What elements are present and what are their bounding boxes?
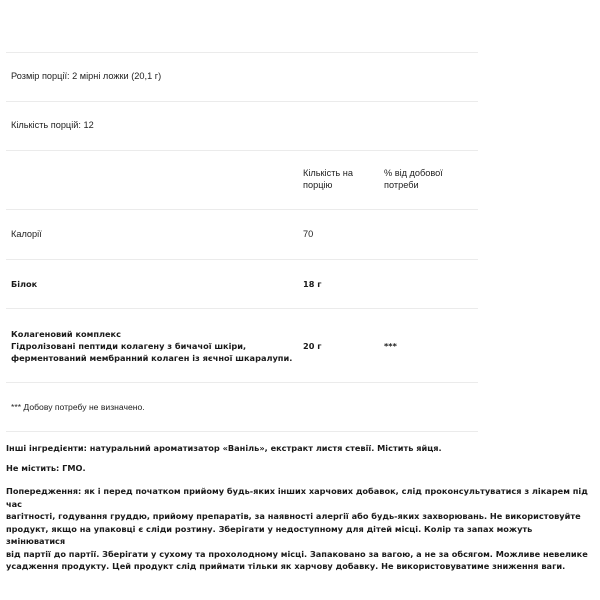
header-amount-per-serving: Кількість на порцію (303, 167, 353, 191)
gmo-statement: Не містить: ГМО. (6, 462, 596, 475)
nutrient-name: Білок (11, 278, 37, 290)
footnote: *** Добову потребу не визначено. (11, 401, 145, 413)
serving-size-row: Розмір порції: 2 мірні ложки (20,1 г) (6, 52, 478, 101)
nutrient-name: Колагеновий комплекс Гідролізовані пепти… (11, 328, 292, 364)
footnote-row: *** Добову потребу не визначено. (6, 382, 478, 432)
table-row: Колагеновий комплекс Гідролізовані пепти… (6, 308, 478, 382)
nutrient-amount: 70 (303, 228, 313, 240)
collagen-desc-line-2: ферментований мембранний колаген із яєчн… (11, 352, 292, 364)
nutrient-name: Калорії (11, 228, 42, 240)
nutrient-dv: *** (384, 340, 397, 352)
warning-line: продукт, якщо на упаковці є сліди розтин… (6, 523, 594, 548)
warning-line: вагітності, годування груддю, прийому пр… (6, 510, 594, 523)
serving-size: Розмір порції: 2 мірні ложки (20,1 г) (11, 70, 161, 82)
collagen-title: Колагеновий комплекс (11, 328, 292, 340)
table-row: Білок 18 г (6, 259, 478, 308)
servings-count: Кількість порцій: 12 (11, 119, 94, 131)
servings-count-row: Кількість порцій: 12 (6, 101, 478, 150)
warning-line: усадження продукту. Цей продукт слід при… (6, 560, 594, 573)
header-amount-line-1: Кількість на (303, 167, 353, 179)
other-ingredients: Інші інгредієнти: натуральний ароматизат… (6, 442, 596, 455)
nutrition-facts-table: Розмір порції: 2 мірні ложки (20,1 г) Кі… (6, 52, 478, 432)
table-row: Калорії 70 (6, 209, 478, 259)
header-amount-line-2: порцію (303, 179, 353, 191)
collagen-desc-line-1: Гідролізовані пептиди колагену з бичачої… (11, 340, 292, 352)
table-header-row: Кількість на порцію % від добової потреб… (6, 150, 478, 209)
nutrient-amount: 20 г (303, 340, 322, 352)
nutrient-amount: 18 г (303, 278, 322, 290)
warning-text: Попередження: як і перед початком прийом… (6, 485, 594, 573)
warning-line: від партії до партії. Зберігати у сухому… (6, 548, 594, 561)
header-dv-line-1: % від добової (384, 167, 443, 179)
warning-line: Попередження: як і перед початком прийом… (6, 485, 594, 510)
header-dv-line-2: потреби (384, 179, 443, 191)
header-daily-value: % від добової потреби (384, 167, 443, 191)
